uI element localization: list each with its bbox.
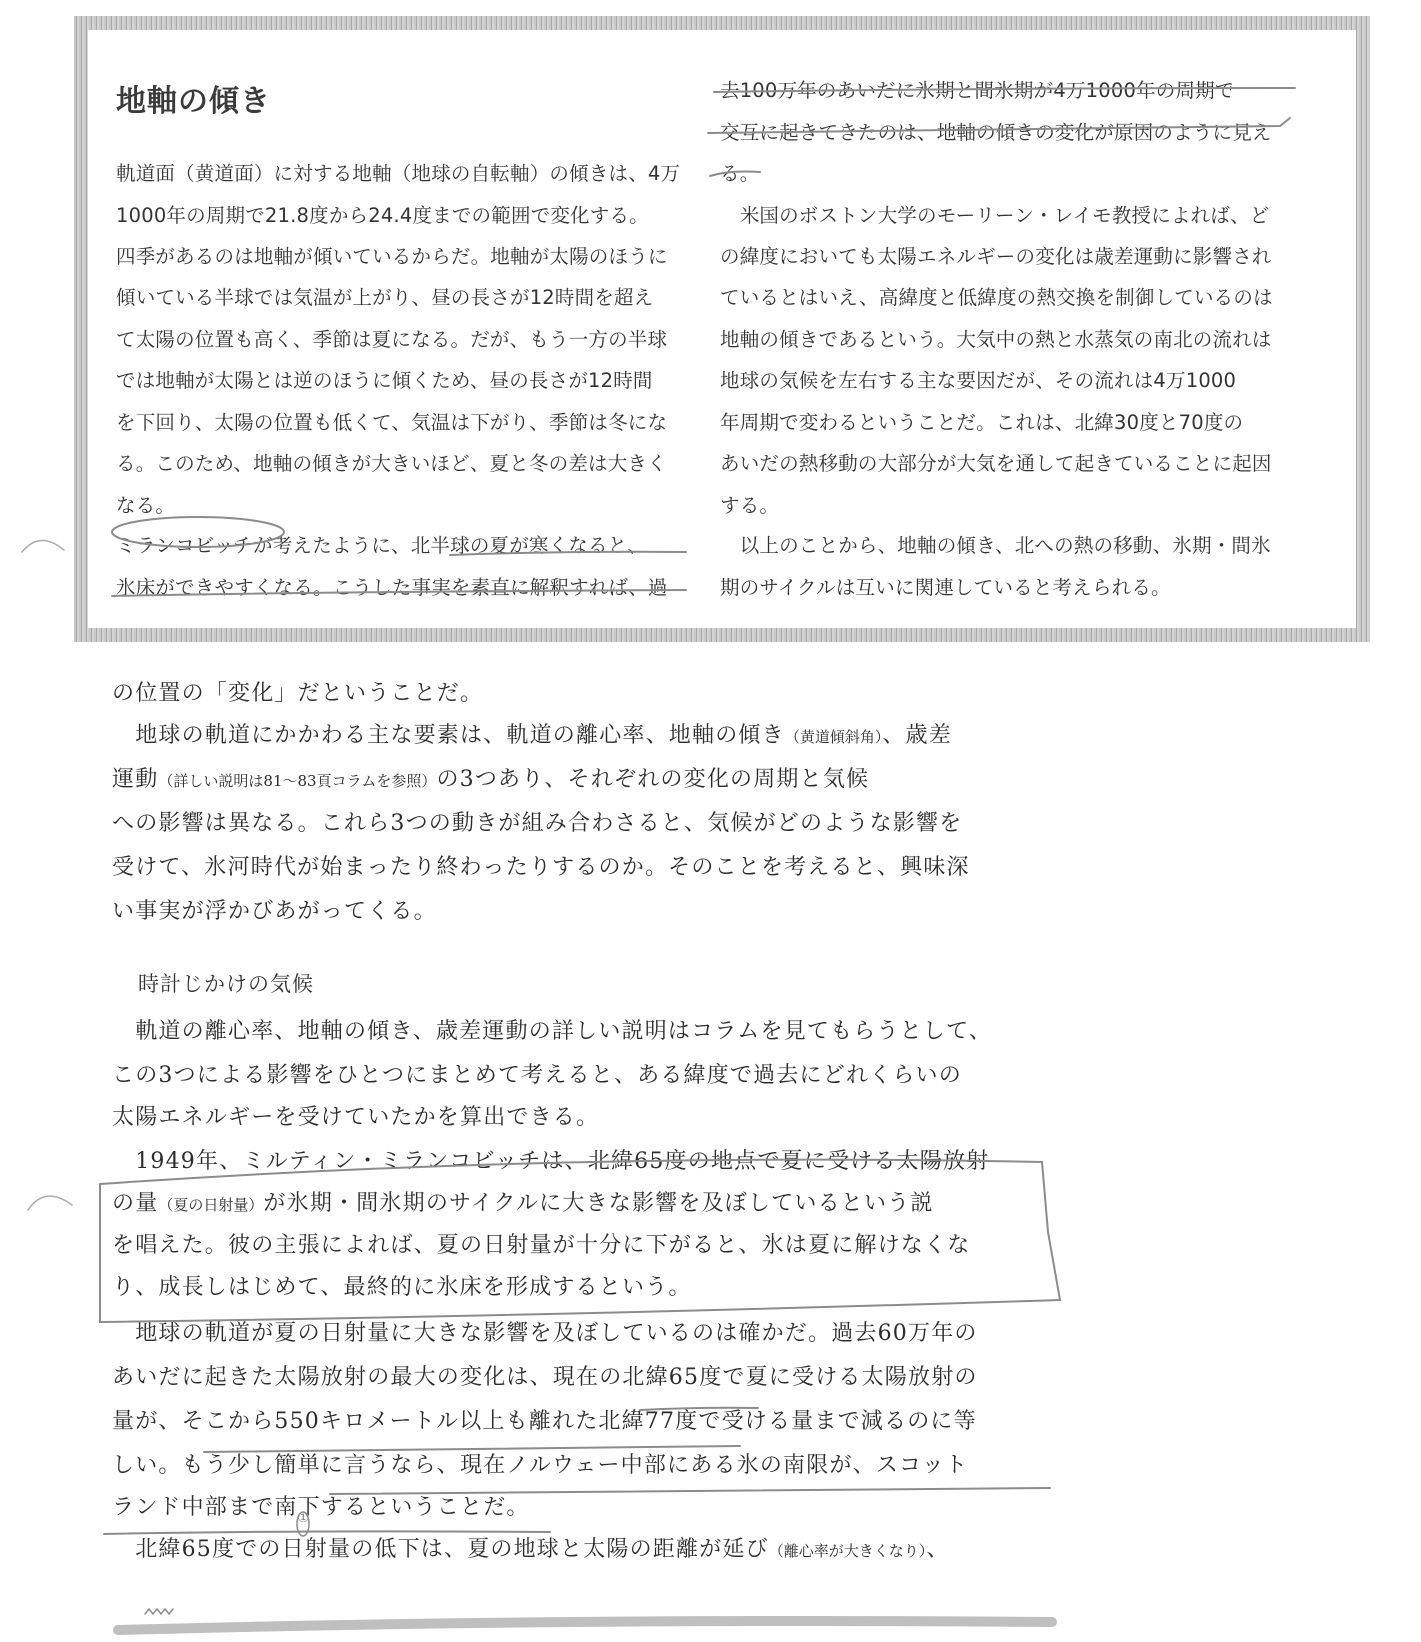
- body-annotation-small: （離心率が大きくなり）: [769, 1542, 927, 1560]
- box-line: を下回り、太陽の位置も低くて、気温は下がり、季節は冬にな: [116, 407, 667, 435]
- box-line: る。このため、地軸の傾きが大きいほど、夏と冬の差は大きく: [116, 448, 667, 476]
- box-line: では地軸が太陽とは逆のほうに傾くため、昼の長さが12時間: [116, 365, 653, 393]
- box-line: あいだの熱移動の大部分が大気を通して起きていることに起因: [720, 448, 1272, 476]
- body-text-span: の3つあり、それぞれの変化の周期と気候: [436, 767, 869, 792]
- box-title: 地軸の傾き: [116, 76, 271, 120]
- body-line: 北緯65度での日射量の低下は、夏の地球と太陽の距離が延び（離心率が大きくなり）、: [112, 1532, 1022, 1563]
- sidebar-box: 地軸の傾き 軌道面（黄道面）に対する地軸（地球の自転軸）の傾きは、4万 1000…: [74, 16, 1370, 642]
- body-line: あいだに起きた太陽放射の最大の変化は、現在の北緯65度で夏に受ける太陽放射の: [112, 1360, 1022, 1391]
- body-line: 量が、そこから550キロメートル以上も離れた北緯77度で受ける量まで減るのに等: [112, 1404, 1022, 1435]
- box-line: 軌道面（黄道面）に対する地軸（地球の自転軸）の傾きは、4万: [116, 158, 680, 186]
- box-line: 地軸の傾きであるという。大気中の熱と水蒸気の南北の流れは: [720, 324, 1272, 352]
- box-line: 米国のボストン大学のモーリーン・レイモ教授によれば、ど: [720, 200, 1269, 228]
- body-annotation-small: （黄道傾斜角）: [785, 728, 883, 746]
- box-line: 1000年の周期で21.8度から24.4度までの範囲で変化する。: [116, 200, 649, 228]
- box-line-annotated: ミランコビッチが考えたように、北半球の夏が寒くなると、: [116, 530, 647, 558]
- body-line: を唱えた。彼の主張によれば、夏の日射量が十分に下がると、氷は夏に解けなくな: [112, 1228, 1022, 1259]
- body-annotation-small: （詳しい説明は81～83頁コラムを参照）: [158, 772, 436, 790]
- box-line: ているとはいえ、高緯度と低緯度の熱交換を制御しているのは: [720, 282, 1273, 310]
- body-line: り、成長しはじめて、最終的に氷床を形成するという。: [112, 1270, 1022, 1301]
- body-line: 運動（詳しい説明は81～83頁コラムを参照）の3つあり、それぞれの変化の周期と気…: [112, 762, 1022, 793]
- box-line: 四季があるのは地軸が傾いているからだ。地軸が太陽のほうに: [116, 241, 668, 269]
- body-line: への影響は異なる。これら3つの動きが組み合わさると、気候がどのような影響を: [112, 806, 1022, 837]
- body-annotation-small: （夏の日射量）: [158, 1196, 263, 1214]
- body-text-span: の量: [112, 1191, 158, 1216]
- box-line: なる。: [116, 490, 175, 518]
- box-line: の緯度においても太陽エネルギーの変化は歳差運動に影響され: [720, 241, 1272, 269]
- box-line-underlined: る。: [720, 158, 759, 186]
- section-heading: 時計じかけの気候: [138, 968, 314, 998]
- box-line: する。: [720, 490, 779, 518]
- body-line: この3つによる影響をひとつにまとめて考えると、ある緯度で過去にどれくらいの: [112, 1058, 1022, 1089]
- body-line: 軌道の離心率、地軸の傾き、歳差運動の詳しい説明はコラムを見てもらうとして、: [112, 1014, 1022, 1045]
- body-text-span: 、: [926, 1537, 949, 1562]
- body-line: 地球の軌道にかかわる主な要素は、軌道の離心率、地軸の傾き（黄道傾斜角）、歳差: [112, 718, 1022, 749]
- box-line: て太陽の位置も高く、季節は夏になる。だが、もう一方の半球: [116, 324, 667, 352]
- body-line: の位置の「変化」だということだ。: [112, 676, 1022, 707]
- box-line-underlined: 氷床ができやすくなる。こうした事実を素直に解釈すれば、過: [116, 572, 668, 600]
- box-line-underlined: 交互に起きてきたのは、地軸の傾きの変化が原因のように見え: [720, 117, 1272, 145]
- body-line: い事実が浮かびあがってくる。: [112, 894, 1022, 925]
- sidebar-box-inner: 地軸の傾き 軌道面（黄道面）に対する地軸（地球の自転軸）の傾きは、4万 1000…: [88, 30, 1356, 628]
- body-text-span: 北緯65度での日射量の低下は、夏の地球と太陽の距離が延び: [112, 1537, 769, 1562]
- body-line: 地球の軌道が夏の日射量に大きな影響を及ぼしているのは確かだ。過去60万年の: [112, 1316, 1022, 1347]
- body-line: 太陽エネルギーを受けていたかを算出できる。: [112, 1100, 1022, 1131]
- body-line: 受けて、氷河時代が始まったり終わったりするのか。そのことを考えると、興味深: [112, 850, 1022, 881]
- body-text-span: の位置の「変化」だということだ。: [112, 681, 483, 706]
- box-line: 地球の気候を左右する主な要因だが、その流れは4万1000: [720, 365, 1236, 393]
- body-line: ランド中部まで南下するということだ。: [112, 1490, 1022, 1521]
- box-line: 傾いている半球では気温が上がり、昼の長さが12時間を超え: [116, 282, 653, 310]
- body-text-span: 運動: [112, 767, 158, 792]
- body-text-span: が氷期・間氷期のサイクルに大きな影響を及ぼしているという説: [263, 1191, 933, 1216]
- body-line: しい。もう少し簡単に言うなら、現在ノルウェー中部にある氷の南限が、スコット: [112, 1448, 1022, 1479]
- body-text-span: 、歳差: [882, 723, 952, 748]
- body-line: の量（夏の日射量）が氷期・間氷期のサイクルに大きな影響を及ぼしているという説: [112, 1186, 1022, 1217]
- body-line: 1949年、ミルティン・ミランコビッチは、北緯65度の地点で夏に受ける太陽放射: [112, 1144, 1022, 1175]
- body-text-span: 地球の軌道にかかわる主な要素は、軌道の離心率、地軸の傾き: [112, 723, 785, 748]
- box-line: 以上のことから、地軸の傾き、北への熱の移動、氷期・間氷: [720, 530, 1271, 558]
- box-line: 年周期で変わるということだ。これは、北緯30度と70度の: [720, 407, 1243, 435]
- box-line-underlined: 去100万年のあいだに氷期と間氷期が4万1000年の周期で: [720, 75, 1235, 103]
- box-line: 期のサイクルは互いに関連していると考えられる。: [720, 572, 1171, 600]
